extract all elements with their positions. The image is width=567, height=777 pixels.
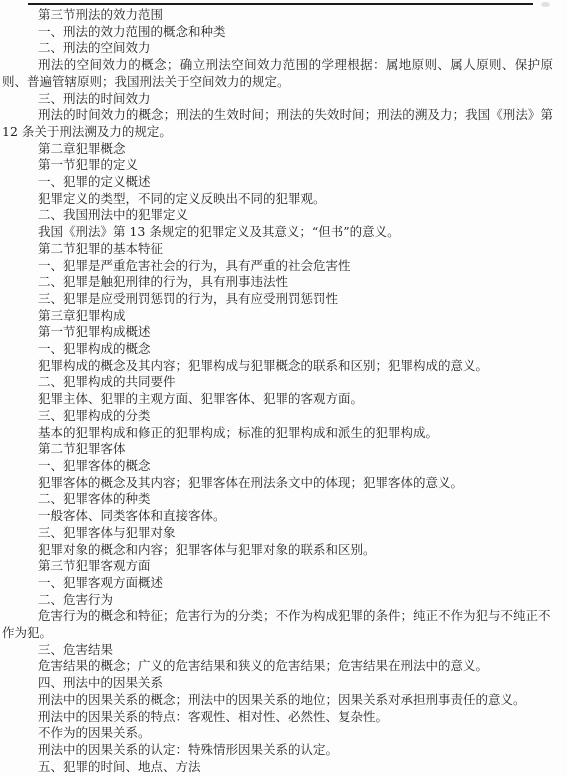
outline-item: 一、刑法的效力范围的概念和种类 [2, 24, 553, 41]
outline-section-heading: 第二节犯罪客体 [2, 441, 553, 458]
outline-body: 基本的犯罪构成和修正的犯罪构成；标准的犯罪构成和派生的犯罪构成。 [2, 425, 553, 442]
outline-body: 犯罪对象的概念和内容；犯罪客体与犯罪对象的联系和区别。 [2, 542, 553, 559]
outline-item: 二、刑法的空间效力 [2, 40, 553, 57]
outline-body: 刑法中的因果关系的认定：特殊情形因果关系的认定。 [2, 742, 553, 759]
outline-section-heading: 第一节犯罪的定义 [2, 157, 553, 174]
outline-body: 刑法中的因果关系的概念；刑法中的因果关系的地位；因果关系对承担刑事责任的意义。 [2, 692, 553, 709]
document-page: 第三节刑法的效力范围一、刑法的效力范围的概念和种类二、刑法的空间效力刑法的空间效… [0, 0, 567, 777]
outline-item: 一、犯罪的定义概述 [2, 174, 553, 191]
outline-item: 一、犯罪构成的概念 [2, 341, 553, 358]
outline-body: 危害行为的概念和特征；危害行为的分类；不作为构成犯罪的条件；纯正不作为犯与不纯正… [2, 608, 553, 641]
outline-body: 刑法的时间效力的概念；刑法的生效时间；刑法的失效时间；刑法的溯及力；我国《刑法》… [2, 107, 553, 140]
outline-body: 刑法中的因果关系的特点：客观性、相对性、必然性、复杂性。 [2, 709, 553, 726]
outline-item: 二、犯罪构成的共同要件 [2, 374, 553, 391]
outline-item: 一、犯罪客观方面概述 [2, 575, 553, 592]
outline-body: 我国《刑法》第 13 条规定的犯罪定义及其意义；“但书”的意义。 [2, 224, 553, 241]
outline-body: 犯罪构成的概念及其内容；犯罪构成与犯罪概念的联系和区别；犯罪构成的意义。 [2, 358, 553, 375]
outline-item: 二、我国刑法中的犯罪定义 [2, 207, 553, 224]
outline-body: 犯罪定义的类型，不同的定义反映出不同的犯罪观。 [2, 191, 553, 208]
top-rule [28, 3, 533, 5]
outline-item: 五、犯罪的时间、地点、方法 [2, 759, 553, 776]
outline-item: 三、犯罪客体与犯罪对象 [2, 525, 553, 542]
outline-item: 三、犯罪是应受刑罚惩罚的行为，具有应受刑罚惩罚性 [2, 291, 553, 308]
outline-body: 刑法的空间效力的概念；确立刑法空间效力范围的学理根据：属地原则、属人原则、保护原… [2, 57, 553, 90]
syllabus-outline: 第三节刑法的效力范围一、刑法的效力范围的概念和种类二、刑法的空间效力刑法的空间效… [2, 7, 553, 775]
outline-item: 三、犯罪构成的分类 [2, 408, 553, 425]
outline-body: 一般客体、同类客体和直接客体。 [2, 508, 553, 525]
outline-body: 不作为的因果关系。 [2, 725, 553, 742]
outline-item: 二、犯罪是触犯刑律的行为，具有刑事违法性 [2, 274, 553, 291]
outline-section-heading: 第一节犯罪构成概述 [2, 324, 553, 341]
outline-body: 犯罪主体、犯罪的主观方面、犯罪客体、犯罪的客观方面。 [2, 391, 553, 408]
outline-item: 一、犯罪是严重危害社会的行为，具有严重的社会危害性 [2, 258, 553, 275]
outline-chapter-heading: 第二章犯罪概念 [2, 141, 553, 158]
outline-item: 三、刑法的时间效力 [2, 91, 553, 108]
outline-item: 一、犯罪客体的概念 [2, 458, 553, 475]
outline-item: 四、刑法中的因果关系 [2, 675, 553, 692]
outline-item: 二、犯罪客体的种类 [2, 491, 553, 508]
outline-item: 二、危害行为 [2, 592, 553, 609]
outline-body: 危害结果的概念；广义的危害结果和狭义的危害结果；危害结果在刑法中的意义。 [2, 658, 553, 675]
outline-item: 三、危害结果 [2, 642, 553, 659]
outline-section-heading: 第二节犯罪的基本特征 [2, 241, 553, 258]
outline-body: 犯罪客体的概念及其内容；犯罪客体在刑法条文中的体现；犯罪客体的意义。 [2, 475, 553, 492]
outline-chapter-heading: 第三章犯罪构成 [2, 308, 553, 325]
outline-section-heading: 第三节刑法的效力范围 [2, 7, 553, 24]
outline-section-heading: 第三节犯罪客观方面 [2, 558, 553, 575]
